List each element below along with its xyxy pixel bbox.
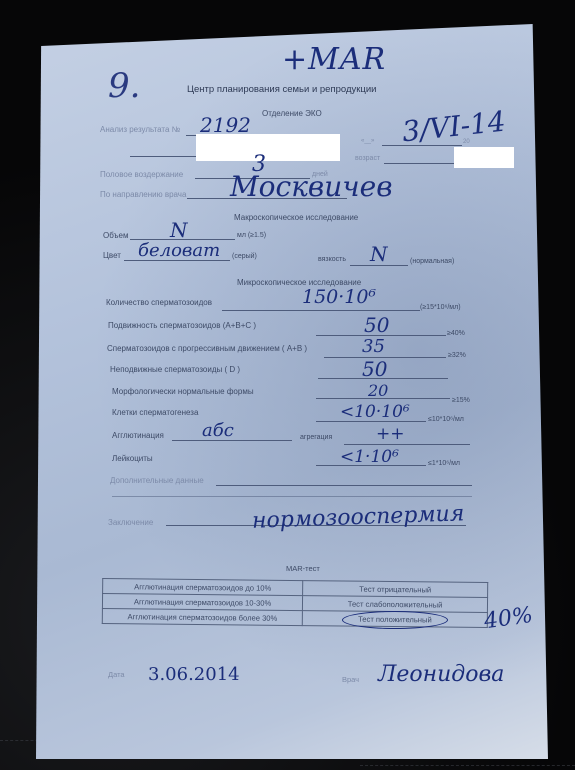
row-value: 20 — [368, 381, 388, 400]
row-label: Лейкоциты — [112, 454, 153, 463]
mar-note-annotation: +MAR — [282, 42, 386, 77]
color-label: Цвет — [103, 251, 121, 260]
mar-test-title: MAR-тест — [286, 564, 320, 573]
aggregation-value: ++ — [376, 424, 405, 444]
row-norm: ≤10*10⁶/мл — [428, 416, 464, 423]
footer-date-value: 3.06.2014 — [148, 664, 240, 685]
age-label: возраст — [355, 155, 380, 162]
doctor-signature: Леонидова — [378, 662, 504, 687]
viscosity-value: N — [370, 242, 388, 266]
doctor-label: Врач — [342, 675, 359, 684]
agglutination-label: Агглютинация — [112, 431, 164, 440]
row-label: Клетки сперматогенеза — [112, 408, 198, 417]
row-norm: ≥15% — [452, 397, 470, 404]
department-name: Отделение ЭКО — [262, 109, 322, 118]
page-number-annotation: 9. — [108, 66, 140, 106]
viscosity-norm: (нормальная) — [410, 258, 454, 265]
analysis-number-label: Анализ результата № — [100, 125, 180, 134]
color-value: беловат — [138, 240, 220, 261]
row-value: 50 — [362, 357, 387, 381]
abstinence-label: Половое воздержание — [100, 170, 183, 179]
row-value: <1·10⁶ — [340, 447, 399, 467]
mar-condition: Агглютинация сперматозоидов более 30% — [102, 608, 302, 625]
redacted-age — [454, 147, 514, 168]
row-label: Подвижность сперматозоидов (A+B+C ) — [108, 321, 256, 330]
additional-data-label: Дополнительные данные — [110, 476, 204, 485]
row-label: Сперматозоидов с прогрессивным движением… — [107, 344, 307, 353]
volume-label: Объем — [103, 231, 129, 240]
date-label-prefix: «__» — [361, 138, 374, 144]
row-value: 50 — [364, 313, 389, 337]
row-label: Морфологически нормальные формы — [112, 387, 254, 396]
row-value: 35 — [362, 336, 385, 357]
referral-doctor-value: Москвичев — [230, 170, 393, 203]
volume-value: N — [170, 218, 188, 242]
footer-date-label: Дата — [108, 670, 125, 679]
volume-norm: мл (≥1.5) — [237, 232, 266, 239]
row-value: 150·10⁶ — [302, 286, 376, 308]
conclusion-label: Заключение — [108, 518, 153, 527]
redacted-patient-name — [196, 134, 340, 161]
macroscopic-title: Макроскопическое исследование — [234, 213, 358, 222]
hand-drawn-circle — [342, 611, 448, 629]
row-label: Неподвижные сперматозоиды ( D ) — [110, 365, 240, 374]
aggregation-label: агрегация — [300, 434, 332, 441]
viscosity-label: вязкость — [318, 256, 346, 263]
row-norm: ≥40% — [447, 330, 465, 337]
agglutination-value: абс — [202, 420, 234, 441]
row-norm: ≤1*10⁶/мл — [428, 460, 460, 467]
seat-stitching — [360, 765, 575, 767]
row-norm: (≥15*10⁶/мл) — [420, 304, 461, 311]
row-value: <10·10⁶ — [340, 402, 410, 422]
color-norm: (серый) — [232, 253, 257, 260]
row-label: Количество сперматозоидов — [106, 298, 212, 307]
referral-label: По направлению врача — [100, 190, 186, 199]
row-norm: ≥32% — [448, 352, 466, 359]
clinic-name: Центр планирования семьи и репродукции — [187, 84, 376, 95]
